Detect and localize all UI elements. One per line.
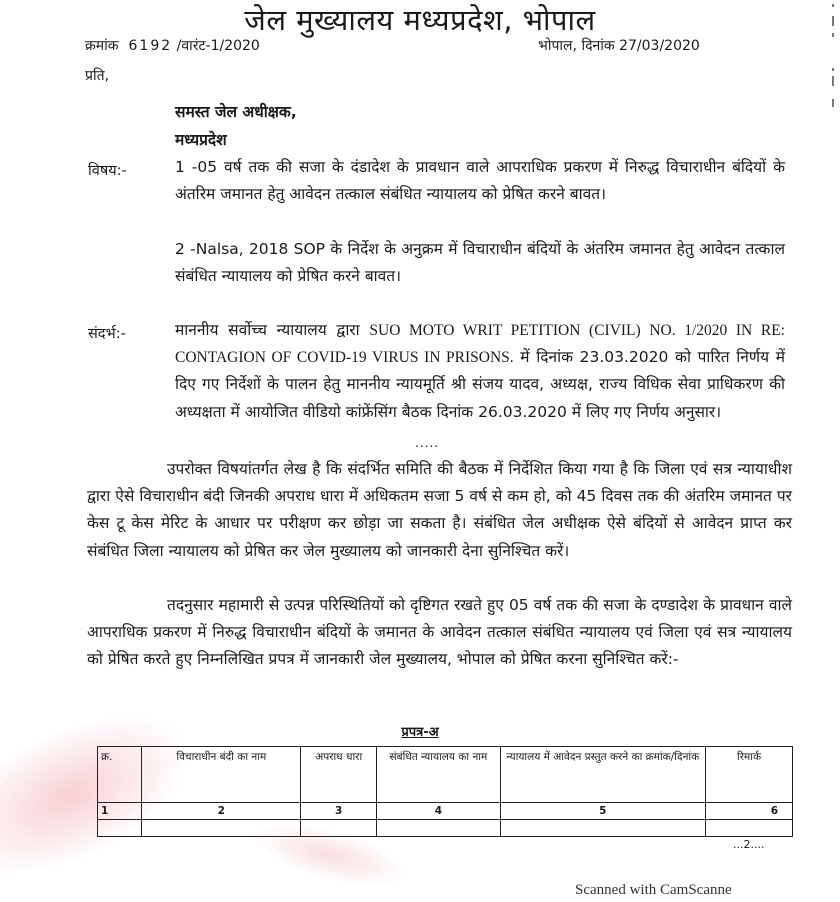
header-offence-section: अपराध धारा	[301, 747, 377, 803]
form-column-number-row: 1 2 3 4 5 6	[98, 803, 793, 820]
form-table: क्र. विचाराधीन बंदी का नाम अपराध धारा सं…	[97, 746, 793, 837]
table-cell: 5	[500, 803, 706, 820]
table-cell: 3	[301, 803, 377, 820]
form-title: प्रपत्र-अ	[0, 722, 840, 740]
table-cell: 2	[142, 803, 301, 820]
addressee-line-1: समस्त जेल अधीक्षक,	[175, 100, 297, 122]
table-cell	[500, 820, 706, 837]
document-title: जेल मुख्यालय मध्यप्रदेश, भोपाल	[0, 0, 840, 39]
reference-text: माननीय सर्वोच्च न्यायालय द्वारा SUO MOTO…	[175, 317, 785, 426]
table-cell	[98, 820, 142, 837]
reference-label: क्रमांक	[85, 38, 119, 54]
header-serial: क्र.	[98, 747, 142, 803]
body-paragraph-2: तदनुसार महामारी से उत्पन्न परिस्थितियों …	[87, 592, 792, 674]
table-cell	[706, 820, 793, 837]
subject-item-2: 2 -Nalsa, 2018 SOP के निर्देश के अनुक्रम…	[175, 236, 785, 290]
table-cell: 6	[706, 803, 793, 820]
reference-suffix: /वारंट-1/2020	[177, 38, 260, 54]
form-header-row: क्र. विचाराधीन बंदी का नाम अपराध धारा सं…	[98, 747, 793, 803]
form-blank-row	[98, 820, 793, 837]
table-cell: 1	[98, 803, 142, 820]
table-cell	[142, 820, 301, 837]
body-paragraph-1: उपरोक्त विषयांतर्गत लेख है कि संदर्भित स…	[87, 456, 792, 565]
page-continuation-marker: ...2....	[733, 838, 764, 851]
reference-number: क्रमांक6192 /वारंट-1/2020	[85, 36, 260, 55]
addressee-line-2: मध्यप्रदेश	[175, 128, 227, 150]
subject-item-1: 1 -05 वर्ष तक की सजा के दंडादेश के प्राव…	[175, 154, 785, 208]
table-cell	[301, 820, 377, 837]
section-separator: .....	[415, 436, 439, 450]
reference-section-label: संदर्भ:-	[88, 323, 126, 343]
reference-text-prefix: माननीय सर्वोच्च न्यायालय द्वारा	[175, 321, 369, 339]
table-cell: 4	[377, 803, 500, 820]
header-application-number-date: न्यायालय में आवेदन प्रस्तुत करने का क्रम…	[500, 747, 706, 803]
header-court-name: संबंधित न्यायालय का नाम	[377, 747, 500, 803]
header-prisoner-name: विचाराधीन बंदी का नाम	[142, 747, 301, 803]
reference-value: 6192	[129, 38, 173, 54]
table-cell	[377, 820, 500, 837]
document-date: भोपाल, दिनांक 27/03/2020	[538, 36, 700, 55]
subject-label: विषय:-	[88, 160, 127, 180]
header-remark: रिमार्क	[706, 747, 793, 803]
addressee-to-label: प्रति,	[85, 66, 109, 85]
scanner-watermark: Scanned with CamScanne	[575, 882, 732, 899]
